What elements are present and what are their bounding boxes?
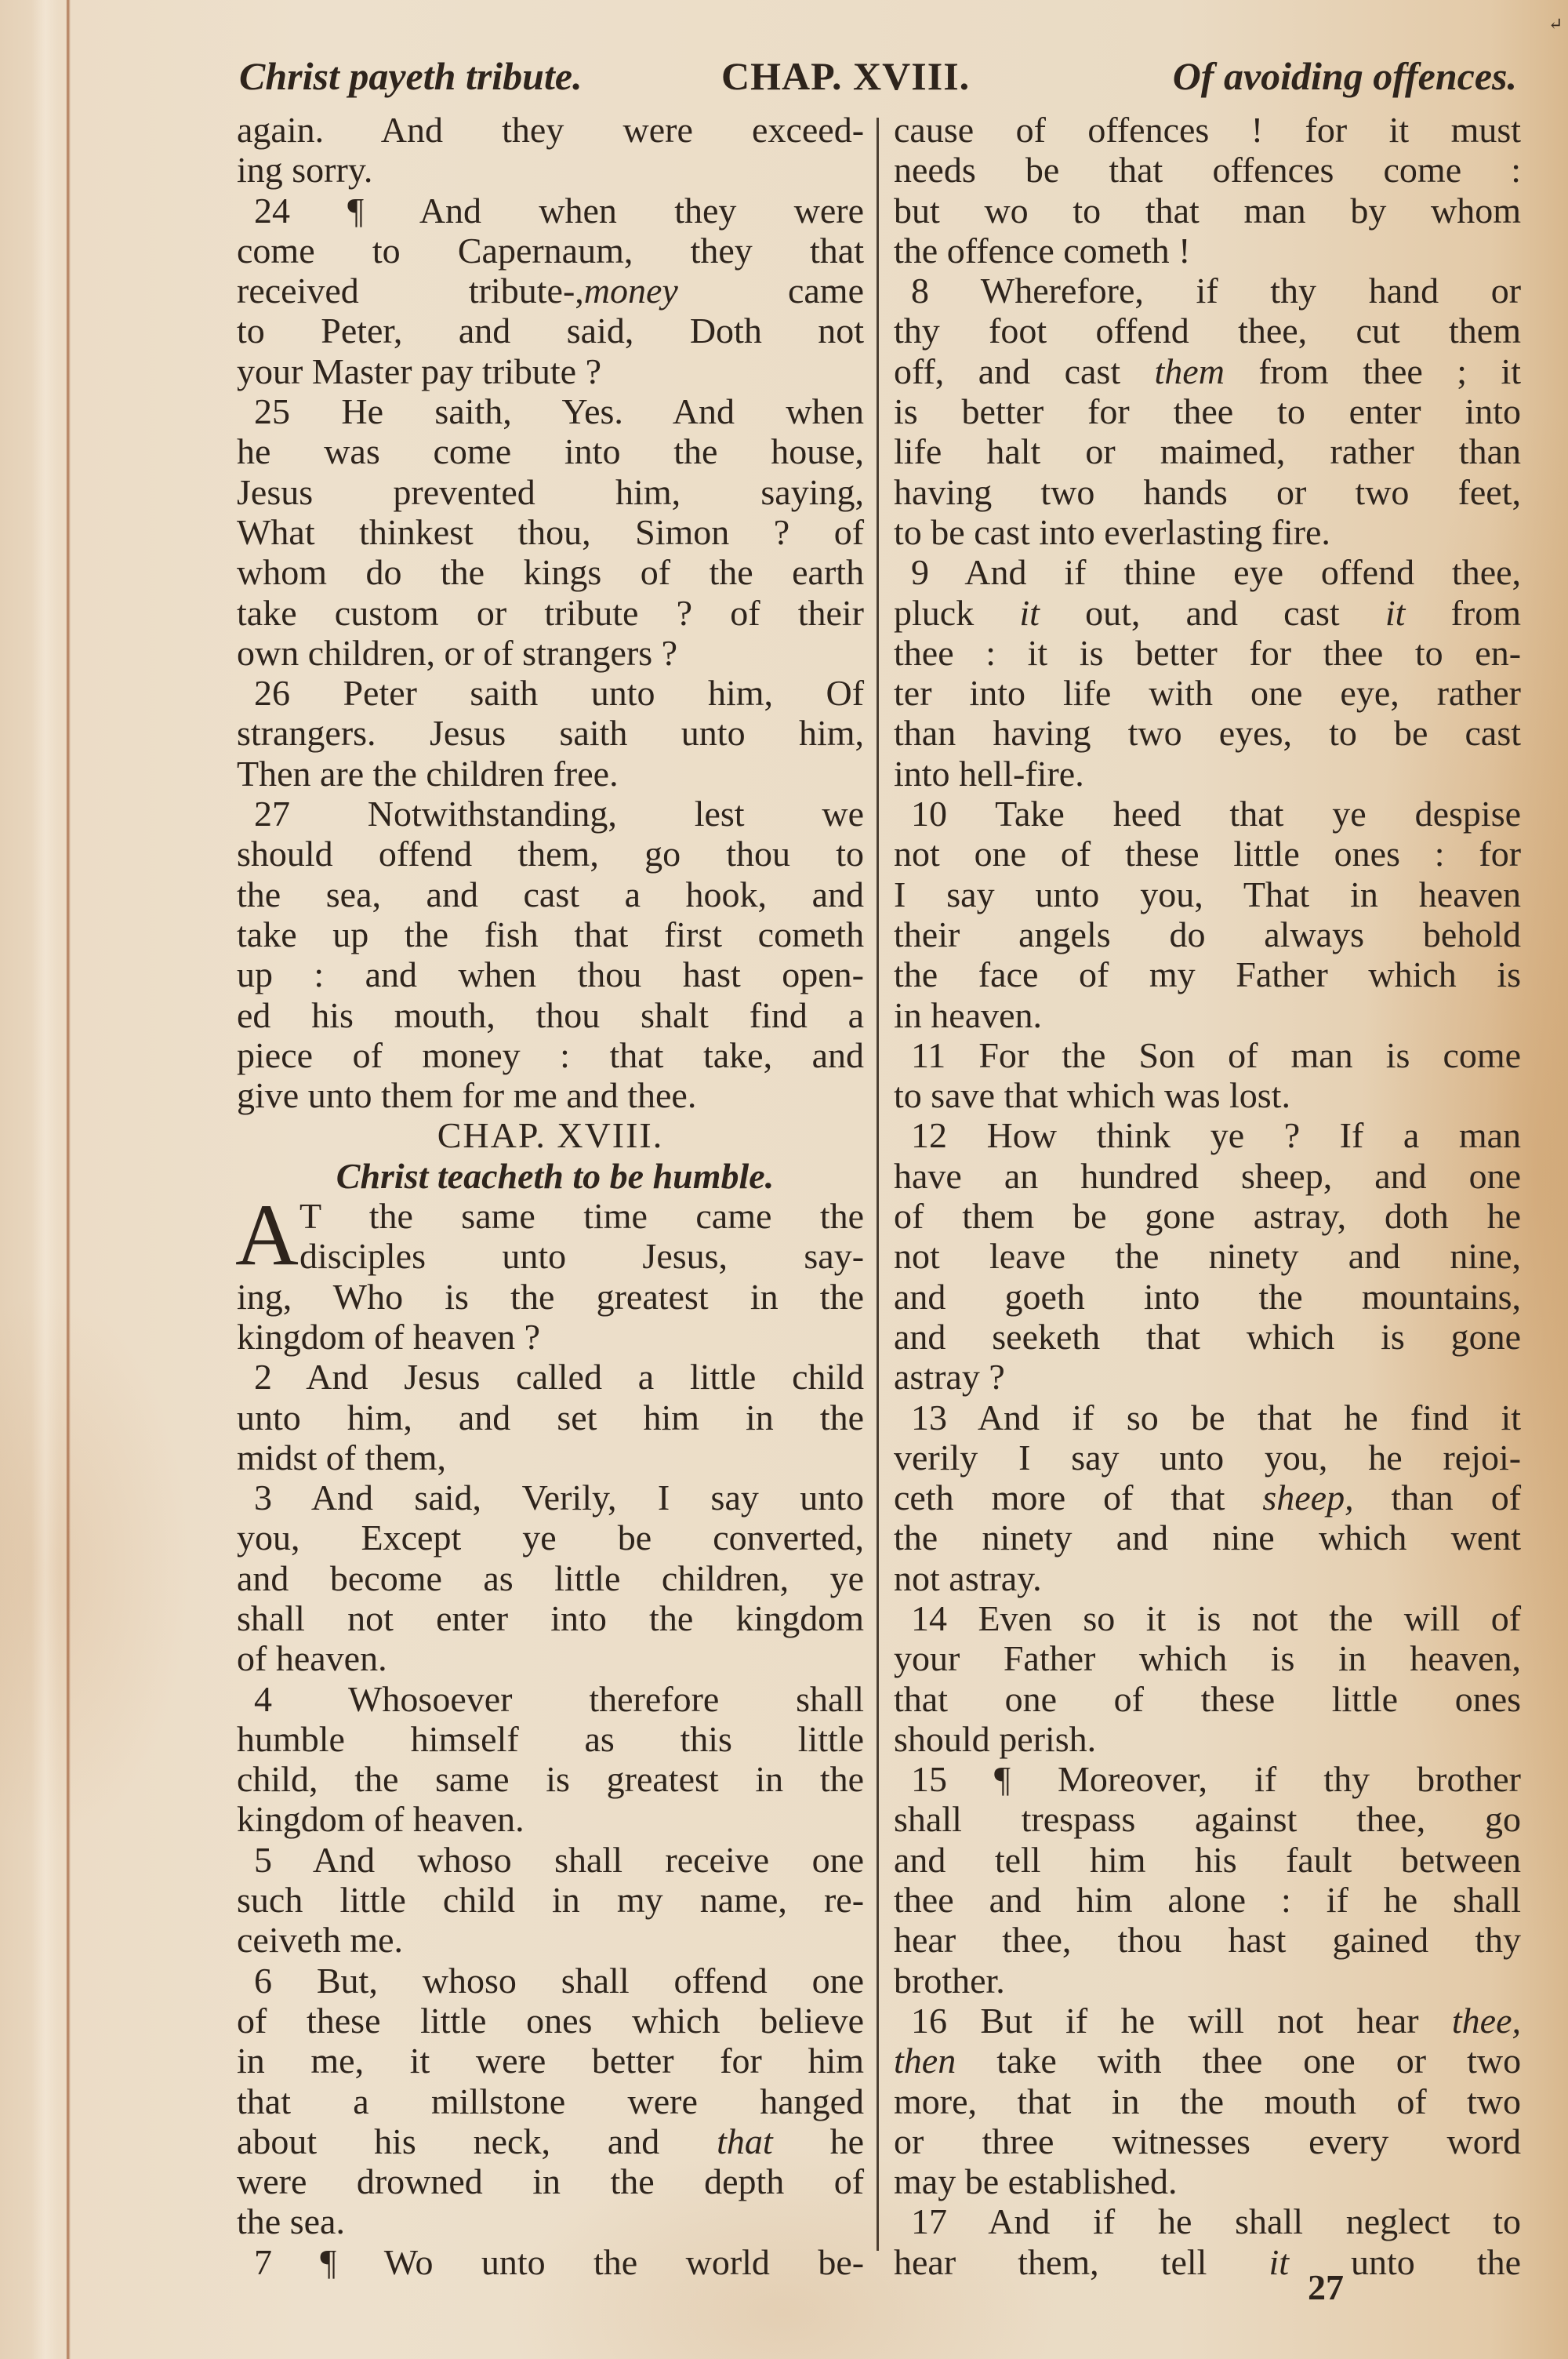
left-column-verses: again. And they were exceed-ing sorry.24… — [237, 110, 864, 1115]
running-head-right: Of avoiding offences. — [1173, 49, 1517, 104]
chapter-opening: A T the same time came thedisciples unto… — [237, 1196, 864, 1277]
text-line: 17 And if he shall neglect to — [894, 2201, 1521, 2241]
text-line: and goeth into the mountains, — [894, 1277, 1521, 1317]
text-line: ceiveth me. — [237, 1920, 864, 1960]
text-line: of heaven. — [237, 1638, 864, 1678]
text-line: then take with thee one or two — [894, 2041, 1521, 2081]
running-head-left: Christ payeth tribute. — [239, 49, 583, 104]
running-head-chapter: CHAP. XVIII. — [721, 49, 970, 104]
text-line: and seeketh that which is gone — [894, 1317, 1521, 1357]
chapter-heading: CHAP. XVIII. — [237, 1115, 864, 1155]
text-line: into hell-fire. — [894, 754, 1521, 794]
text-line: not astray. — [894, 1558, 1521, 1598]
text-line: the offence cometh ! — [894, 231, 1521, 271]
text-line: hear thee, thou hast gained thy — [894, 1920, 1521, 1960]
text-line: have an hundred sheep, and one — [894, 1156, 1521, 1196]
text-line: is better for thee to enter into — [894, 391, 1521, 431]
running-head: Christ payeth tribute. CHAP. XVIII. Of a… — [239, 49, 1517, 104]
text-line: 27 Notwithstanding, lest we — [237, 794, 864, 834]
text-line: to Peter, and said, Doth not — [237, 311, 864, 351]
text-line: pluck it out, and cast it from — [894, 593, 1521, 633]
text-line: kingdom of heaven ? — [237, 1317, 864, 1357]
text-line: give unto them for me and thee. — [237, 1075, 864, 1115]
text-line: strangers. Jesus saith unto him, — [237, 713, 864, 753]
text-line: to be cast into everlasting fire. — [894, 512, 1521, 552]
drop-cap: A — [235, 1196, 299, 1274]
text-line: your Master pay tribute ? — [237, 351, 864, 391]
page-number: 27 — [1308, 2266, 1344, 2308]
text-line: disciples unto Jesus, say- — [237, 1236, 864, 1276]
text-line: in me, it were better for him — [237, 2041, 864, 2081]
book-page: ↵ Christ payeth tribute. CHAP. XVIII. Of… — [0, 0, 1568, 2359]
text-line: Jesus prevented him, saying, — [237, 472, 864, 512]
column-rule — [877, 118, 879, 2251]
text-line: 14 Even so it is not the will of — [894, 1598, 1521, 1638]
text-line: ceth more of that sheep, than of — [894, 1478, 1521, 1518]
gutter-crease — [66, 0, 71, 2359]
text-line: cause of offences ! for it must — [894, 110, 1521, 150]
text-line: needs be that offences come : — [894, 150, 1521, 190]
text-line: 12 How think ye ? If a man — [894, 1115, 1521, 1155]
text-line: kingdom of heaven. — [237, 1799, 864, 1839]
text-line: off, and cast them from thee ; it — [894, 351, 1521, 391]
text-line: 8 Wherefore, if thy hand or — [894, 271, 1521, 311]
drop-cap-lines: T the same time came thedisciples unto J… — [237, 1196, 864, 1277]
text-line: 15 ¶ Moreover, if thy brother — [894, 1759, 1521, 1799]
text-line: the sea, and cast a hook, and — [237, 874, 864, 914]
text-line: ter into life with one eye, rather — [894, 673, 1521, 713]
text-line: again. And they were exceed- — [237, 110, 864, 150]
text-line: or three witnesses every word — [894, 2121, 1521, 2161]
text-line: ing sorry. — [237, 150, 864, 190]
text-line: of them be gone astray, doth he — [894, 1196, 1521, 1236]
corner-mark: ↵ — [1548, 14, 1563, 35]
text-line: thee : it is better for thee to en- — [894, 633, 1521, 673]
text-line: the face of my Father which is — [894, 954, 1521, 994]
text-line: their angels do always behold — [894, 914, 1521, 954]
text-line: to save that which was lost. — [894, 1075, 1521, 1115]
text-line: take custom or tribute ? of their — [237, 593, 864, 633]
text-line: hear them, tell it unto the — [894, 2242, 1521, 2282]
text-line: your Father which is in heaven, — [894, 1638, 1521, 1678]
text-line: child, the same is greatest in the — [237, 1759, 864, 1799]
text-line: that a millstone were hanged — [237, 2081, 864, 2121]
text-line: than having two eyes, to be cast — [894, 713, 1521, 753]
text-line: thy foot offend thee, cut them — [894, 311, 1521, 351]
text-line: piece of money : that take, and — [237, 1035, 864, 1075]
text-line: shall not enter into the kingdom — [237, 1598, 864, 1638]
text-line: were drowned in the depth of — [237, 2161, 864, 2201]
text-line: up : and when thou hast open- — [237, 954, 864, 994]
text-line: received tribute-,money came — [237, 271, 864, 311]
text-line: you, Except ye be converted, — [237, 1518, 864, 1558]
left-column: again. And they were exceed-ing sorry.24… — [237, 110, 864, 2282]
text-line: humble himself as this little — [237, 1719, 864, 1759]
text-line: 10 Take heed that ye despise — [894, 794, 1521, 834]
text-line: that one of these little ones — [894, 1679, 1521, 1719]
text-line: about his neck, and that he — [237, 2121, 864, 2161]
text-line: life halt or maimed, rather than — [894, 431, 1521, 471]
text-line: he was come into the house, — [237, 431, 864, 471]
text-line: not one of these little ones : for — [894, 834, 1521, 874]
text-line: verily I say unto you, he rejoi- — [894, 1438, 1521, 1478]
text-line: but wo to that man by whom — [894, 191, 1521, 231]
text-line: Then are the children free. — [237, 754, 864, 794]
text-line: 24 ¶ And when they were — [237, 191, 864, 231]
text-line: come to Capernaum, they that — [237, 231, 864, 271]
text-line: and become as little children, ye — [237, 1558, 864, 1598]
text-line: having two hands or two feet, — [894, 472, 1521, 512]
text-line: astray ? — [894, 1357, 1521, 1397]
text-line: 5 And whoso shall receive one — [237, 1840, 864, 1880]
text-line: the sea. — [237, 2201, 864, 2241]
text-line: not leave the ninety and nine, — [894, 1236, 1521, 1276]
text-line: unto him, and set him in the — [237, 1398, 864, 1438]
text-line: such little child in my name, re- — [237, 1880, 864, 1920]
text-line: 2 And Jesus called a little child — [237, 1357, 864, 1397]
text-line: may be established. — [894, 2161, 1521, 2201]
text-line: 7 ¶ Wo unto the world be- — [237, 2242, 864, 2282]
text-line: 25 He saith, Yes. And when — [237, 391, 864, 431]
text-line: brother. — [894, 1961, 1521, 2001]
text-line: 4 Whosoever therefore shall — [237, 1679, 864, 1719]
text-line: the ninety and nine which went — [894, 1518, 1521, 1558]
text-line: should perish. — [894, 1719, 1521, 1759]
text-line: own children, or of strangers ? — [237, 633, 864, 673]
text-line: 3 And said, Verily, I say unto — [237, 1478, 864, 1518]
text-line: of these little ones which believe — [237, 2001, 864, 2041]
right-column-verses: cause of offences ! for it mustneeds be … — [894, 110, 1521, 2282]
text-line: 9 And if thine eye offend thee, — [894, 552, 1521, 592]
text-line: 26 Peter saith unto him, Of — [237, 673, 864, 713]
text-line: I say unto you, That in heaven — [894, 874, 1521, 914]
text-line: midst of them, — [237, 1438, 864, 1478]
text-line: and tell him his fault between — [894, 1840, 1521, 1880]
text-line: whom do the kings of the earth — [237, 552, 864, 592]
text-line: ed his mouth, thou shalt find a — [237, 995, 864, 1035]
text-line: in heaven. — [894, 995, 1521, 1035]
left-column-verses-after: ing, Who is the greatest in thekingdom o… — [237, 1277, 864, 2282]
text-line: thee and him alone : if he shall — [894, 1880, 1521, 1920]
chapter-summary: Christ teacheth to be humble. — [237, 1156, 864, 1196]
text-line: ing, Who is the greatest in the — [237, 1277, 864, 1317]
text-line: 13 And if so be that he find it — [894, 1398, 1521, 1438]
text-line: 6 But, whoso shall offend one — [237, 1961, 864, 2001]
text-line: more, that in the mouth of two — [894, 2081, 1521, 2121]
text-line: T the same time came the — [237, 1196, 864, 1236]
right-column: cause of offences ! for it mustneeds be … — [894, 110, 1521, 2282]
text-line: What thinkest thou, Simon ? of — [237, 512, 864, 552]
gutter-fold — [31, 0, 60, 2359]
text-line: should offend them, go thou to — [237, 834, 864, 874]
text-line: 11 For the Son of man is come — [894, 1035, 1521, 1075]
text-line: take up the fish that first cometh — [237, 914, 864, 954]
text-line: shall trespass against thee, go — [894, 1799, 1521, 1839]
text-line: 16 But if he will not hear thee, — [894, 2001, 1521, 2041]
